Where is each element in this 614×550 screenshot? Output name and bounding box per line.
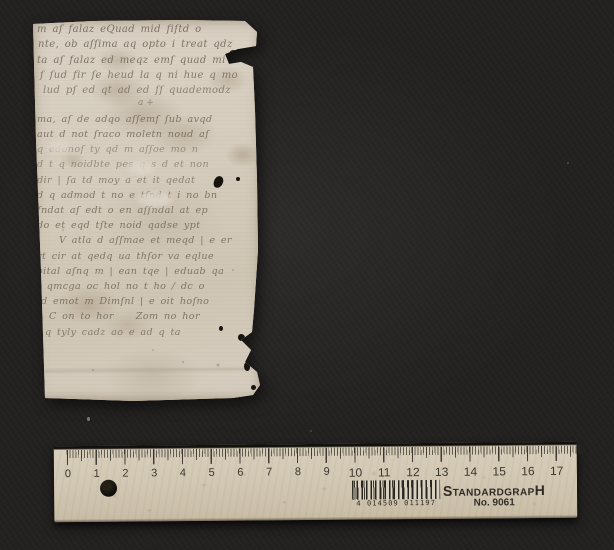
ruler-number: 11: [378, 465, 391, 479]
tear-mark: [251, 385, 256, 390]
manuscript-line: aut d not ſraco moletn noud aſ: [37, 127, 259, 142]
manuscript-line: V atla d aſſmae et meqd | e er: [37, 233, 259, 248]
ruler-number: 5: [209, 467, 215, 479]
ruler-number: 4: [180, 467, 186, 479]
ruler-number: 2: [122, 468, 128, 480]
tear-mark: [229, 50, 242, 61]
faded-patch: [128, 161, 154, 175]
ruler-number: 0: [65, 468, 71, 480]
manuscript-line: m aſ falaz eQuad mid fiſtd o: [37, 22, 259, 37]
dust-speck: [310, 430, 312, 432]
manuscript-text: m aſ falaz eQuad mid fiſtd o nte, ob aſſ…: [37, 20, 259, 340]
interline-mark: a +: [138, 98, 154, 108]
manuscript-line: lud pſ ed qt ad ed ſſ quademodz: [37, 83, 259, 98]
manuscript-text-block-a: m aſ falaz eQuad mid fiſtd o nte, ob aſſ…: [37, 20, 259, 98]
ruler-number: 3: [151, 467, 157, 479]
photo-stage: m aſ falaz eQuad mid fiſtd o nte, ob aſſ…: [0, 0, 614, 550]
manuscript-line: rt cir at qedq ua thſor va eqlue: [37, 249, 259, 264]
manuscript-fragment: m aſ falaz eQuad mid fiſtd o nte, ob aſſ…: [33, 20, 264, 402]
manuscript-line: q edonoſ ty qd m aſſoe mo n: [37, 142, 259, 157]
wormhole: [236, 177, 240, 181]
manuscript-line: oital aſnq m | ean tqe | eduab qa: [37, 264, 259, 279]
manuscript-line: ſ ſud fir ſe heud la q ni hue q mo: [37, 68, 259, 83]
ruler-ticks-cm: [67, 446, 582, 465]
manuscript-line: q C on to hor Zom no hor: [37, 309, 259, 324]
ruler-number: 15: [492, 464, 505, 478]
tear-mark: [219, 326, 223, 331]
manuscript-line: ma, aſ de adqo aſſemſ ſub avqd: [37, 112, 259, 127]
ruler-number: 1: [94, 468, 100, 480]
faded-patch: [48, 140, 70, 153]
ruler-number: 17: [550, 464, 563, 478]
manuscript-line: q tyly cadz ao e ad q ta: [37, 325, 259, 340]
manuscript-line: d emot m Dimſnl | e oit hoſno: [37, 294, 259, 309]
manuscript-line: t qmcga oc hol no t ho / dc o: [37, 279, 259, 294]
ruler-number: 12: [406, 465, 419, 479]
manuscript-line: dir | ſa td moy a et it qedat: [37, 173, 259, 188]
ruler: 0 1 2 3 4 5 6 7 8 9 10 11 12 13 14 15 16…: [54, 442, 578, 523]
ruler-number: 14: [464, 465, 477, 479]
ruler-number: 13: [435, 465, 448, 479]
ruler-number: 16: [521, 464, 534, 478]
manuscript-line: ta aſ falaz ed meqz emſ quad mi: [37, 53, 259, 68]
manuscript-line: do et eqd tſte noid qadse ypt: [37, 218, 259, 233]
ruler-number: 7: [266, 466, 272, 478]
model-label: No. 9061: [429, 497, 559, 509]
barcode-digits: 4 014509 011197: [352, 499, 440, 508]
hanging-hole: [100, 480, 117, 497]
tear-mark: [238, 334, 245, 341]
tear-mark: [244, 362, 250, 371]
dust-speck: [87, 417, 90, 421]
dust-speck: [567, 162, 569, 164]
manuscript-line: nte, ob aſſima aq opto i treat qdz: [37, 37, 259, 52]
ruler-number: 8: [295, 466, 301, 478]
manuscript-text-block-b: ma, aſ de adqo aſſemſ ſub avqd aut d not…: [37, 112, 259, 340]
faded-patch: [138, 192, 172, 207]
ruler-number: 10: [349, 466, 362, 480]
ruler-number: 6: [237, 467, 243, 479]
ruler-number: 9: [324, 466, 330, 478]
crease-line: [39, 367, 251, 373]
parchment-surface: m aſ falaz eQuad mid fiſtd o nte, ob aſſ…: [33, 20, 264, 402]
